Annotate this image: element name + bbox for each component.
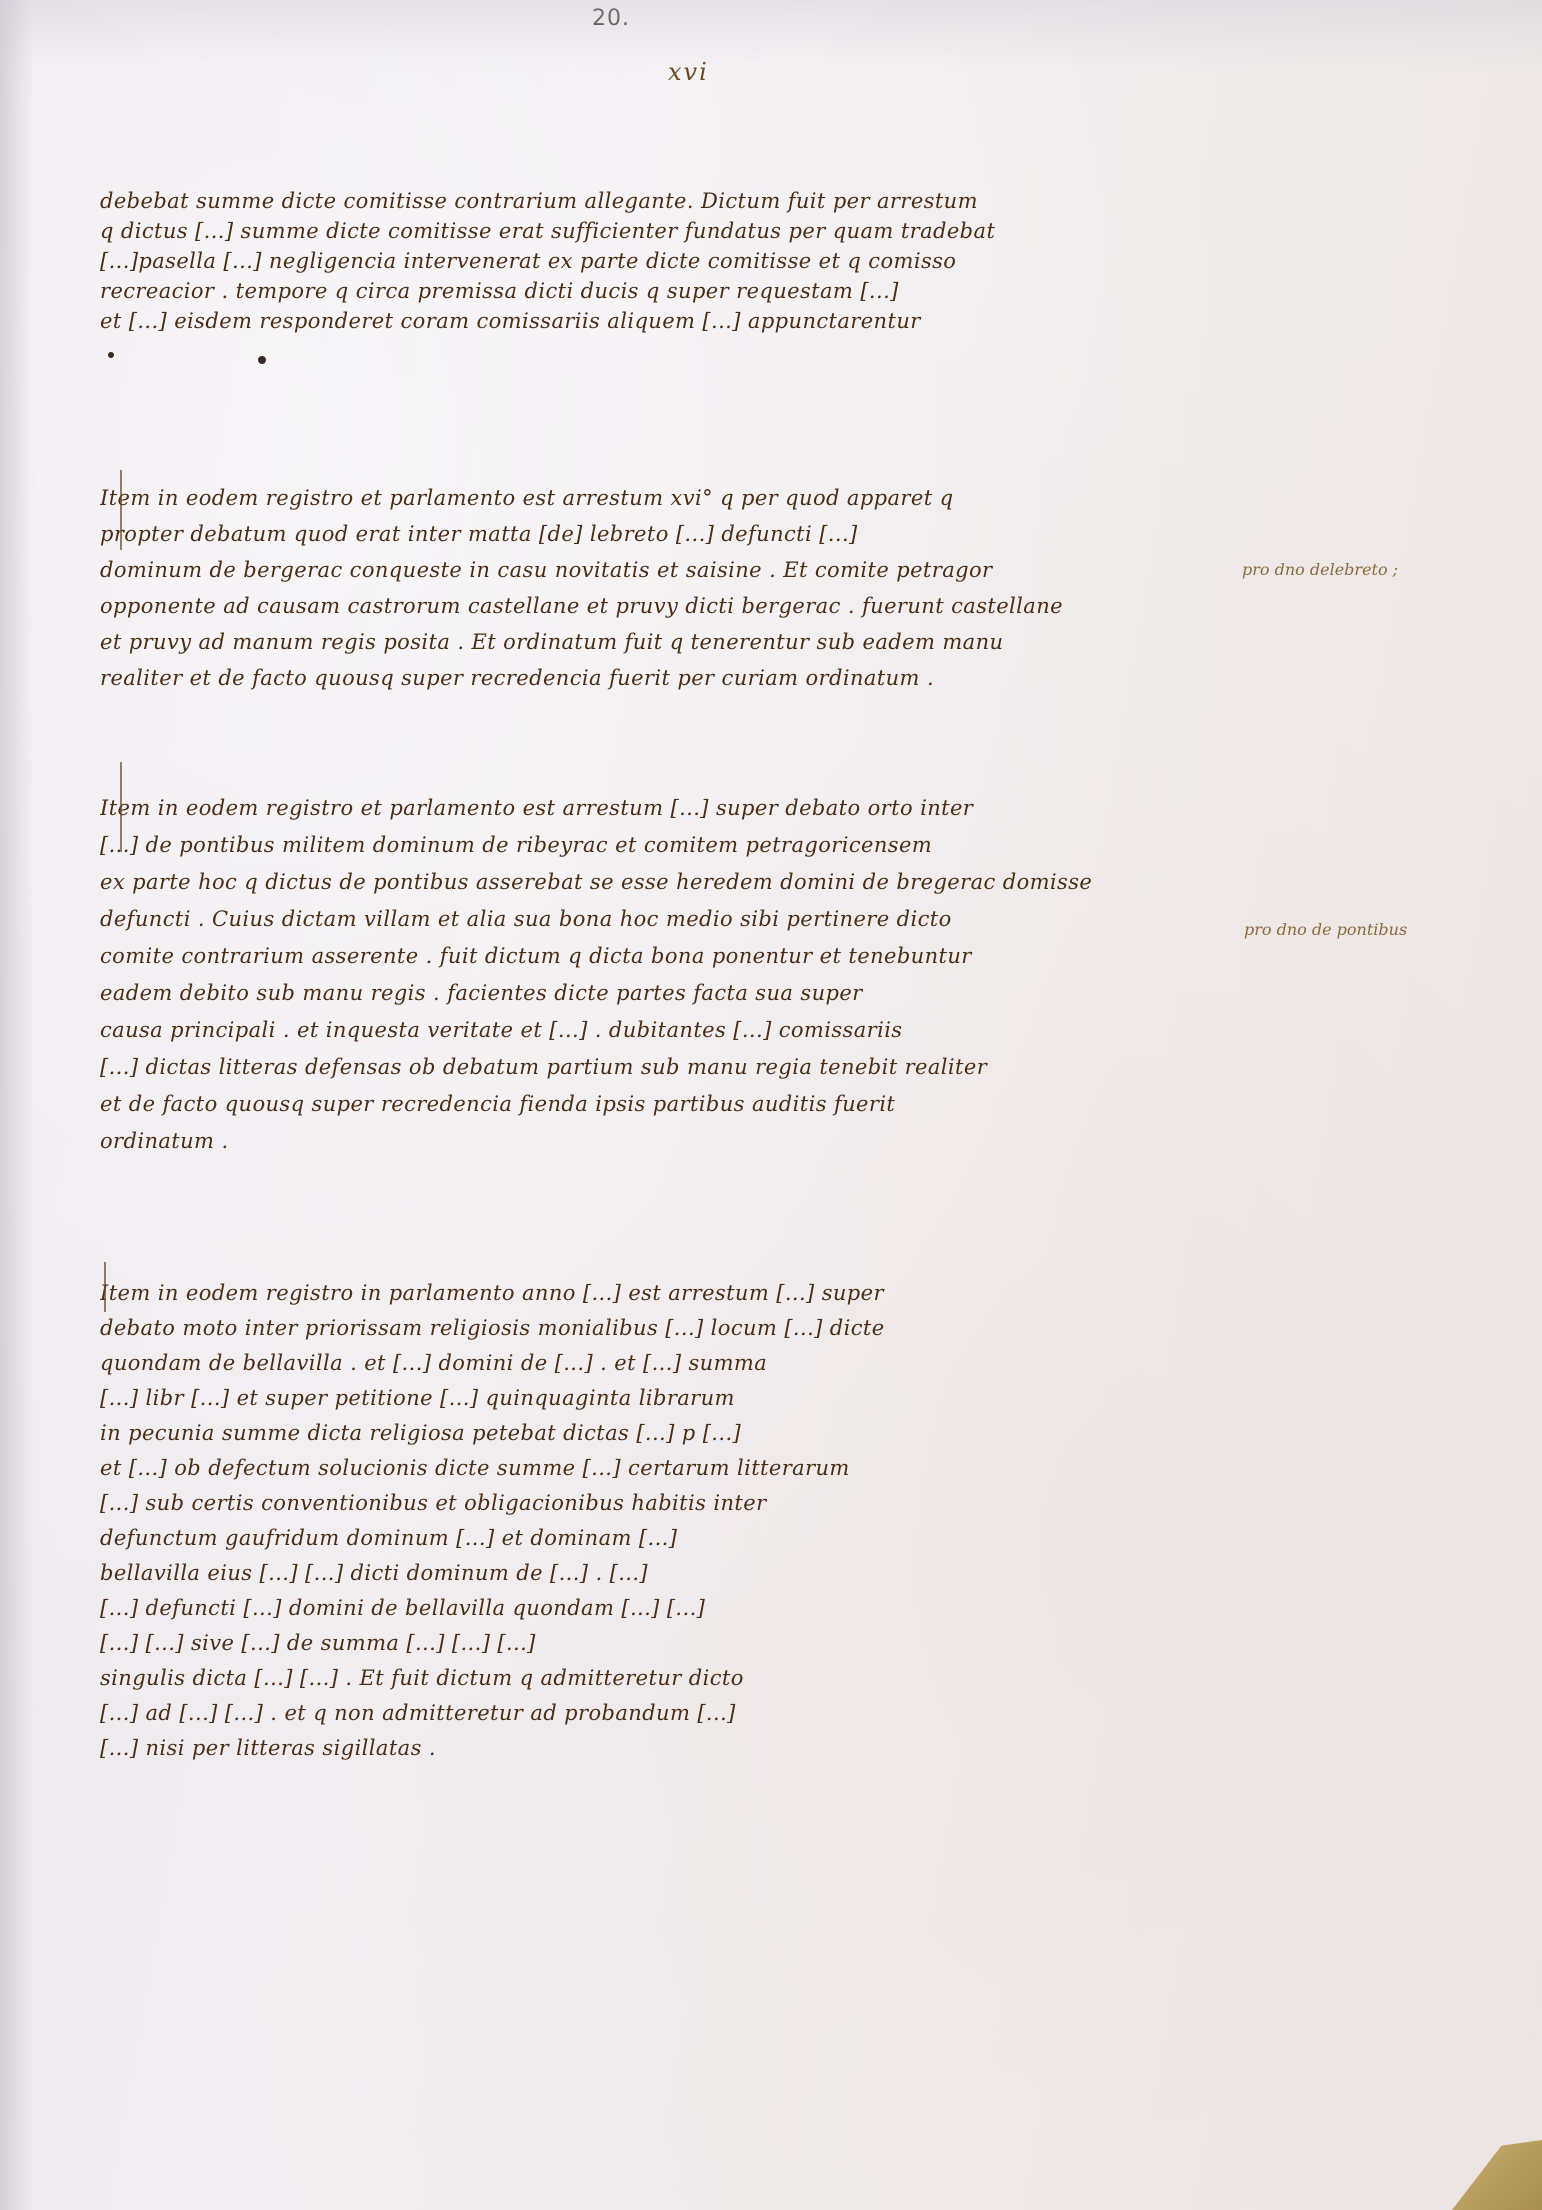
marginal-note-lebreto: pro dno delebreto ; <box>1242 560 1398 579</box>
ink-blot-mark <box>258 356 266 364</box>
text-line: recreacior . tempore q circa premissa di… <box>100 276 1260 306</box>
text-line: bellavilla eius [...] [...] dicti dominu… <box>100 1556 1260 1591</box>
text-line: et de facto quousq super recredencia fie… <box>100 1086 1260 1123</box>
text-line: comite contrarium asserente . fuit dictu… <box>100 938 1260 975</box>
text-line: [...] defuncti [...] domini de bellavill… <box>100 1591 1260 1626</box>
text-line: quondam de bellavilla . et [...] domini … <box>100 1346 1260 1381</box>
text-line: [...] nisi per litteras sigillatas . <box>100 1731 1260 1766</box>
text-line: [...] libr [...] et super petitione [...… <box>100 1381 1260 1416</box>
manuscript-folio: 20. xvi debebat summe dicte comitisse co… <box>0 0 1542 2210</box>
ink-dot-mark <box>108 352 114 358</box>
text-line: et pruvy ad manum regis posita . Et ordi… <box>100 624 1260 660</box>
text-line: q dictus [...] summe dicte comitisse era… <box>100 216 1260 246</box>
text-line: dominum de bergerac conqueste in casu no… <box>100 552 1260 588</box>
text-line: [...] ad [...] [...] . et q non admitter… <box>100 1696 1260 1731</box>
text-line: [...] de pontibus militem dominum de rib… <box>100 827 1260 864</box>
entry-continuation: debebat summe dicte comitisse contrarium… <box>100 186 1260 336</box>
text-line: et [...] ob defectum solucionis dicte su… <box>100 1451 1260 1486</box>
text-line: [...] dictas litteras defensas ob debatu… <box>100 1049 1260 1086</box>
item-ascender-mark <box>120 470 122 550</box>
entry-item-bellavilla: Item in eodem registro in parlamento ann… <box>100 1276 1260 1766</box>
text-line: debato moto inter priorissam religiosis … <box>100 1311 1260 1346</box>
text-line: Item in eodem registro et parlamento est… <box>100 790 1260 827</box>
text-line: Item in eodem registro in parlamento ann… <box>100 1276 1260 1311</box>
text-line: causa principali . et inquesta veritate … <box>100 1012 1260 1049</box>
folio-number: xvi <box>668 58 709 86</box>
item-ascender-mark <box>104 1262 106 1312</box>
text-line: defuncti . Cuius dictam villam et alia s… <box>100 901 1260 938</box>
text-line: debebat summe dicte comitisse contrarium… <box>100 186 1260 216</box>
text-line: Item in eodem registro et parlamento est… <box>100 480 1260 516</box>
item-ascender-mark <box>120 762 122 852</box>
text-line: propter debatum quod erat inter matta [d… <box>100 516 1260 552</box>
marginal-note-pontibus: pro dno de pontibus <box>1244 920 1407 939</box>
text-line: realiter et de facto quousq super recred… <box>100 660 1260 696</box>
text-line: et [...] eisdem responderet coram comiss… <box>100 306 1260 336</box>
text-line: ex parte hoc q dictus de pontibus assere… <box>100 864 1260 901</box>
bookmark-tab <box>1452 2140 1542 2210</box>
page-number-pencil: 20. <box>592 6 630 31</box>
text-line: eadem debito sub manu regis . facientes … <box>100 975 1260 1012</box>
text-line: defunctum gaufridum dominum [...] et dom… <box>100 1521 1260 1556</box>
text-line: [...] sub certis conventionibus et oblig… <box>100 1486 1260 1521</box>
text-line: singulis dicta [...] [...] . Et fuit dic… <box>100 1661 1260 1696</box>
entry-item-pontibus: Item in eodem registro et parlamento est… <box>100 790 1260 1160</box>
text-line: [...] [...] sive [...] de summa [...] [.… <box>100 1626 1260 1661</box>
text-line: [...]pasella [...] negligencia intervene… <box>100 246 1260 276</box>
entry-item-lebreto: Item in eodem registro et parlamento est… <box>100 480 1260 696</box>
text-line: opponente ad causam castrorum castellane… <box>100 588 1260 624</box>
text-line: in pecunia summe dicta religiosa petebat… <box>100 1416 1260 1451</box>
text-line: ordinatum . <box>100 1123 1260 1160</box>
